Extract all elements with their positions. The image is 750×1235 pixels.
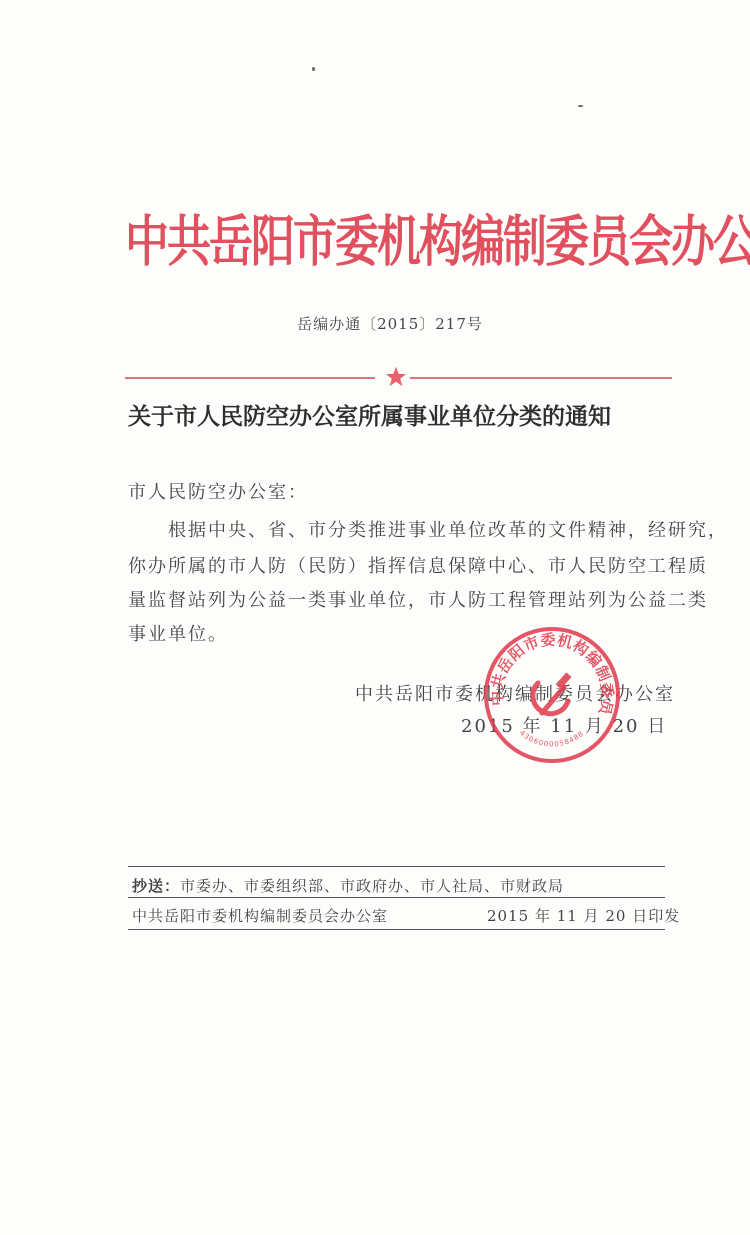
scan-speck [312,67,315,71]
svg-text:4306000058488: 4306000058488 [518,729,586,748]
scan-speck [578,105,583,107]
notice-title: 关于市人民防空办公室所属事业单位分类的通知 [128,398,688,431]
red-star-icon [385,366,407,388]
footer-rule-top [128,866,665,867]
issue-date: 2015 年 11 月 20 日印发 [487,905,680,926]
addressee: 市人民防空办公室： [128,478,308,504]
seal-code: 4306000058488 [518,729,586,748]
cc-label: 抄送： [132,877,180,895]
footer-rule-middle [128,897,665,898]
header-rule-right [410,377,672,379]
footer-rule-bottom [128,929,665,930]
cc-recipients: 市委办、市委组织部、市政府办、市人社局、市财政局 [180,877,564,895]
header-rule-left [125,377,375,379]
document-header-title: 中共岳阳市委机构编制委员会办公室文件 [125,199,670,287]
body-line-2: 你办所属的市人防（民防）指挥信息保障中心、市人民防空工程质 [128,552,708,578]
body-line-1: 根据中央、省、市分类推进事业单位改革的文件精神，经研究， [128,516,728,542]
body-line-3: 量监督站列为公益一类事业单位，市人防工程管理站列为公益二类 [128,586,708,612]
body-line-4: 事业单位。 [128,620,228,646]
official-seal-icon: 中共岳阳市委机构编制委员会办公室 4306000058488 [482,625,622,765]
document-number: 岳编办通〔2015〕217号 [0,313,750,334]
issuer: 中共岳阳市委机构编制委员会办公室 [132,905,388,926]
cc-line: 抄送：市委办、市委组织部、市政府办、市人社局、市财政局 [132,875,564,896]
